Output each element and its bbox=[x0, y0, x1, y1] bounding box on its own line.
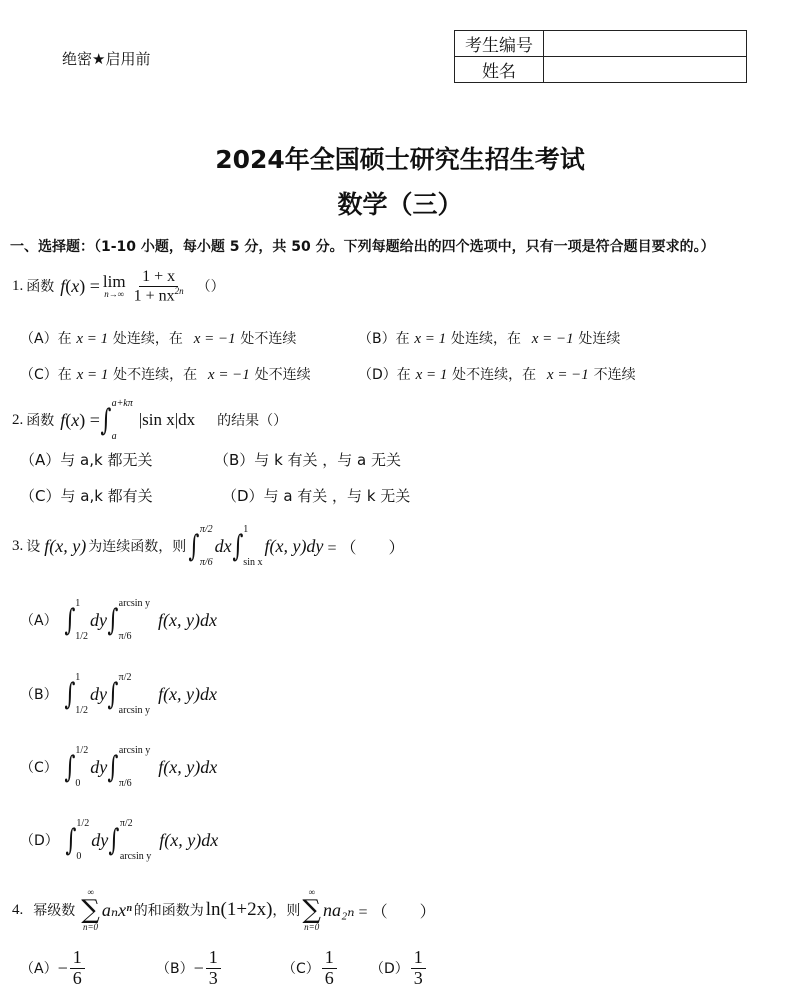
option-label: （C） bbox=[282, 958, 320, 978]
lower-limit: 0 bbox=[75, 778, 88, 789]
option-label: （D） bbox=[222, 487, 264, 505]
stem-text: 设 bbox=[26, 536, 40, 556]
option-text: 在 bbox=[397, 367, 411, 383]
question-1-stem: 1. 函数 f(x) = lim n→∞ 1 + x 1 + nx2n （） bbox=[12, 268, 225, 305]
integral-limits: 1/20 bbox=[76, 818, 89, 862]
option-label: （B） bbox=[156, 958, 194, 978]
integral-sign-icon: ∫ bbox=[65, 823, 76, 858]
upper-limit: 1/2 bbox=[76, 818, 89, 829]
option-label: （D） bbox=[20, 830, 59, 850]
fraction-numerator: 1 bbox=[206, 948, 221, 969]
integral-sign-icon: ∫ bbox=[64, 677, 75, 712]
sum-function: ln(1+2x) bbox=[206, 899, 273, 921]
sigma-icon: ∑ bbox=[302, 897, 321, 923]
option-text: 处连续，在 bbox=[451, 331, 521, 347]
sign: − bbox=[194, 958, 204, 979]
lower-limit: 1/2 bbox=[75, 631, 88, 642]
math-expr: x = 1 bbox=[76, 331, 108, 347]
exam-title: 2024年全国硕士研究生招生考试 bbox=[0, 140, 800, 176]
integral-sign-icon: ∫ bbox=[64, 750, 75, 785]
option-label: （B） bbox=[214, 451, 254, 469]
fraction-numerator: 1 bbox=[411, 948, 426, 969]
upper-limit: arcsin y bbox=[119, 598, 150, 609]
lower-limit: arcsin y bbox=[119, 705, 150, 716]
fraction: 13 bbox=[411, 948, 426, 989]
integral-limits: 11/2 bbox=[75, 598, 88, 642]
option-label: （D） bbox=[370, 958, 409, 978]
stem-text: 函数 bbox=[26, 410, 54, 430]
upper-limit: 1 bbox=[75, 598, 88, 609]
summation: ∞ ∑ n=0 bbox=[302, 888, 321, 932]
integral-sign-icon: ∫ bbox=[107, 603, 118, 638]
sign: − bbox=[58, 958, 68, 979]
answer-blank: = （ ） bbox=[327, 535, 404, 558]
q2-option-d[interactable]: （D）与 a 有关 ，与 k 无关 bbox=[222, 485, 410, 506]
option-text: 处不连续，在 bbox=[113, 367, 197, 383]
option-text: 处不连续，在 bbox=[452, 367, 536, 383]
option-label: （A） bbox=[20, 958, 58, 978]
function-expr: f(x, y) bbox=[44, 536, 86, 557]
q4-option-b[interactable]: （B） − 13 bbox=[156, 948, 223, 989]
upper-limit: arcsin y bbox=[119, 745, 150, 756]
upper-limit: 1 bbox=[243, 524, 262, 535]
q1-option-b[interactable]: （B）在 x = 1 处连续，在 x = −1 处连续 bbox=[358, 328, 620, 348]
question-3-stem: 3. 设 f(x, y) 为连续函数，则 ∫ π/2π/6 dx ∫ 1sin … bbox=[12, 524, 404, 568]
option-label: （A） bbox=[20, 331, 58, 347]
question-4-stem: 4. 幂级数 ∞ ∑ n=0 aₙxⁿ 的和函数为 ln(1+2x) ，则 ∞ … bbox=[12, 888, 436, 932]
math-expr: x = −1 bbox=[194, 331, 236, 347]
question-number: 3. bbox=[12, 538, 23, 555]
question-2-stem: 2. 函数 f(x) = ∫ a+kπ a |sin x|dx 的结果（） bbox=[12, 398, 287, 442]
integrand: |sin x|dx bbox=[139, 410, 195, 430]
confidential-label: 绝密★启用前 bbox=[62, 48, 150, 69]
option-label: （B） bbox=[20, 684, 58, 704]
series-term: aₙxⁿ bbox=[102, 900, 132, 921]
section-instructions: 一、选择题：（1-10 小题，每小题 5 分，共 50 分。下列每题给出的四个选… bbox=[10, 236, 715, 256]
candidate-info-table: 考生编号 姓名 bbox=[454, 30, 747, 83]
upper-limit: 1/2 bbox=[75, 745, 88, 756]
q3-option-d[interactable]: （D） ∫ 1/20 dy ∫ π/2arcsin y f(x, y)dx bbox=[20, 818, 218, 862]
option-text: 不连续 bbox=[594, 367, 636, 383]
fraction: 16 bbox=[322, 948, 337, 989]
upper-limit: π/2 bbox=[120, 818, 151, 829]
option-label: （C） bbox=[20, 487, 60, 505]
answer-blank: （） bbox=[197, 276, 225, 296]
math-expr: x = −1 bbox=[532, 331, 574, 347]
lower-limit: arcsin y bbox=[120, 851, 151, 862]
integrand: f(x, y)dx bbox=[158, 684, 217, 705]
upper-limit: a+kπ bbox=[112, 398, 133, 409]
sum-lower: n=0 bbox=[83, 923, 98, 932]
integral-limits: arcsin yπ/6 bbox=[119, 598, 150, 642]
name-field[interactable] bbox=[544, 57, 747, 83]
q3-option-c[interactable]: （C） ∫ 1/20 dy ∫ arcsin yπ/6 f(x, y)dx bbox=[20, 745, 217, 789]
upper-limit: 1 bbox=[75, 672, 88, 683]
limit-operator: lim n→∞ bbox=[103, 273, 126, 299]
lower-limit: π/6 bbox=[200, 557, 213, 568]
option-text: 与 a,k 都无关 bbox=[60, 451, 152, 469]
sum-lower: n=0 bbox=[304, 923, 319, 932]
lower-limit: sin x bbox=[243, 557, 262, 568]
lower-limit: 1/2 bbox=[75, 705, 88, 716]
fraction-denominator: 1 + nx bbox=[134, 287, 175, 304]
fraction-numerator: 1 bbox=[70, 948, 85, 969]
upper-limit: π/2 bbox=[200, 524, 213, 535]
stem-text: 的和函数为 bbox=[134, 900, 204, 920]
integral-sign-icon: ∫ bbox=[100, 403, 111, 438]
q1-option-c[interactable]: （C）在 x = 1 处不连续，在 x = −1 处不连续 bbox=[20, 364, 311, 384]
stem-text: ，则 bbox=[272, 900, 300, 920]
fraction-numerator: 1 bbox=[322, 948, 337, 969]
option-label: （B） bbox=[358, 331, 396, 347]
math-expr: x = 1 bbox=[77, 367, 109, 383]
option-text: 与 k 有关 ，与 a 无关 bbox=[254, 451, 401, 469]
exam-subtitle: 数学（三） bbox=[0, 185, 800, 221]
sigma-icon: ∑ bbox=[81, 897, 100, 923]
upper-limit: π/2 bbox=[119, 672, 150, 683]
math-expr: x = −1 bbox=[208, 367, 250, 383]
lower-limit: π/6 bbox=[119, 778, 150, 789]
question-number: 4. bbox=[12, 902, 23, 919]
option-text: 与 a 有关 ，与 k 无关 bbox=[264, 487, 411, 505]
question-number: 2. bbox=[12, 412, 23, 429]
q4-option-d[interactable]: （D） 13 bbox=[370, 948, 428, 989]
integral-limits: 11/2 bbox=[75, 672, 88, 716]
fraction-denominator: 6 bbox=[70, 969, 85, 989]
option-text: 处连续 bbox=[578, 331, 620, 347]
math-expr: x = 1 bbox=[414, 331, 446, 347]
series-term: na₂ₙ bbox=[323, 900, 355, 921]
lower-limit: 0 bbox=[76, 851, 89, 862]
q2-option-a[interactable]: （A）与 a,k 都无关 bbox=[20, 449, 152, 470]
math-expr: x = 1 bbox=[416, 367, 448, 383]
fraction: 16 bbox=[70, 948, 85, 989]
math-expr: x = −1 bbox=[547, 367, 589, 383]
fraction-denominator: 3 bbox=[411, 969, 426, 989]
integral-sign-icon: ∫ bbox=[189, 529, 200, 564]
stem-text: 函数 bbox=[26, 276, 54, 296]
q1-option-a[interactable]: （A）在 x = 1 处连续，在 x = −1 处不连续 bbox=[20, 328, 296, 348]
option-text: 在 bbox=[396, 331, 410, 347]
limit-subscript: n→∞ bbox=[104, 290, 124, 299]
lower-limit: π/6 bbox=[119, 631, 150, 642]
candidate-number-field[interactable] bbox=[544, 31, 747, 57]
integral-limits: π/2arcsin y bbox=[119, 672, 150, 716]
name-label: 姓名 bbox=[455, 57, 544, 83]
option-text: 处不连续 bbox=[240, 331, 296, 347]
candidate-number-label: 考生编号 bbox=[455, 31, 544, 57]
integral-limits: π/2π/6 bbox=[200, 524, 213, 568]
integrand: f(x, y)dx bbox=[158, 610, 217, 631]
summation: ∞ ∑ n=0 bbox=[81, 888, 100, 932]
question-number: 1. bbox=[12, 278, 23, 295]
option-label: （C） bbox=[20, 757, 58, 777]
integral-sign-icon: ∫ bbox=[109, 823, 120, 858]
q3-option-a[interactable]: （A） ∫ 11/2 dy ∫ arcsin yπ/6 f(x, y)dx bbox=[20, 598, 217, 642]
integral-sign-icon: ∫ bbox=[232, 529, 243, 564]
integral-sign-icon: ∫ bbox=[108, 750, 119, 785]
stem-text: 为连续函数，则 bbox=[88, 536, 186, 556]
stem-text: 幂级数 bbox=[33, 900, 75, 920]
integral-limits: 1sin x bbox=[243, 524, 262, 568]
lower-limit: a bbox=[112, 431, 133, 442]
q4-option-c[interactable]: （C） 16 bbox=[282, 948, 339, 989]
option-text: 在 bbox=[58, 367, 72, 383]
q2-option-c[interactable]: （C）与 a,k 都有关 bbox=[20, 485, 153, 506]
option-text: 处不连续 bbox=[255, 367, 311, 383]
fraction: 13 bbox=[206, 948, 221, 989]
q1-option-d[interactable]: （D）在 x = 1 处不连续，在 x = −1 不连续 bbox=[358, 364, 636, 384]
exponent: 2n bbox=[175, 286, 184, 296]
integrand: f(x, y)dx bbox=[158, 757, 217, 778]
option-label: （D） bbox=[358, 367, 397, 383]
q3-option-b[interactable]: （B） ∫ 11/2 dy ∫ π/2arcsin y f(x, y)dx bbox=[20, 672, 217, 716]
fraction: 1 + x 1 + nx2n bbox=[131, 268, 187, 305]
integral-limits: arcsin yπ/6 bbox=[119, 745, 150, 789]
option-label: （C） bbox=[20, 367, 58, 383]
integrand: f(x, y)dx bbox=[159, 830, 218, 851]
option-text: 处连续，在 bbox=[113, 331, 183, 347]
integral-sign-icon: ∫ bbox=[107, 677, 118, 712]
stem-text: 的结果（） bbox=[217, 410, 287, 430]
option-label: （A） bbox=[20, 451, 60, 469]
integral-limits: π/2arcsin y bbox=[120, 818, 151, 862]
fraction-denominator: 6 bbox=[322, 969, 337, 989]
option-text: 在 bbox=[58, 331, 72, 347]
integral-limits: a+kπ a bbox=[112, 398, 133, 442]
integral-limits: 1/20 bbox=[75, 745, 88, 789]
q2-option-b[interactable]: （B）与 k 有关 ，与 a 无关 bbox=[214, 449, 401, 470]
fraction-numerator: 1 + x bbox=[139, 268, 178, 287]
integral-sign-icon: ∫ bbox=[64, 603, 75, 638]
q4-option-a[interactable]: （A） − 16 bbox=[20, 948, 87, 989]
answer-blank: = （ ） bbox=[359, 899, 436, 922]
option-label: （A） bbox=[20, 610, 58, 630]
fraction-denominator: 3 bbox=[206, 969, 221, 989]
option-text: 与 a,k 都有关 bbox=[60, 487, 152, 505]
